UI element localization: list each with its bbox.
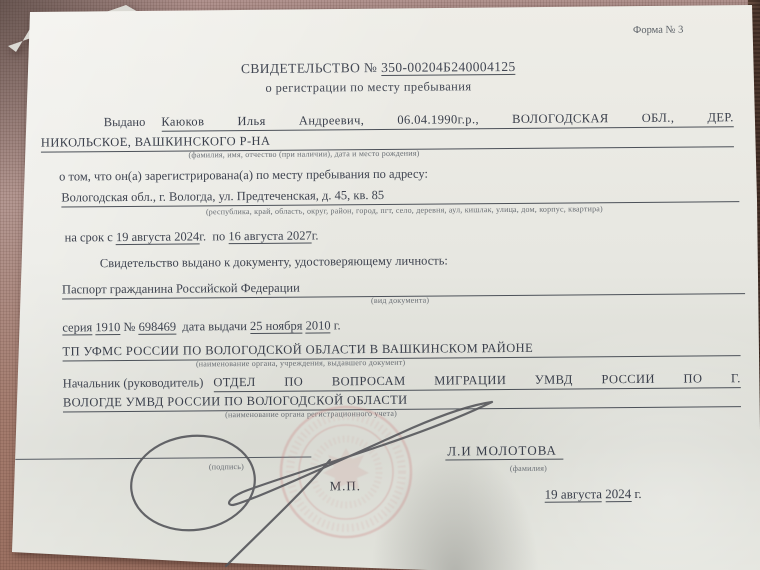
issue-label: дата выдачи [182,319,247,334]
issued-label: Выдано [104,115,146,132]
issue-year-value: 2010 [306,318,331,333]
bottom-date-suffix: г. [634,486,641,501]
registration-intro: о том, что он(а) зарегистрирована(а) по … [59,167,428,186]
issue-suffix: г. [334,318,341,332]
bottom-date-year: 2024 [605,486,631,502]
term-from: 19 августа 2024 [116,229,199,245]
series-value: 1910 [95,320,120,335]
document-intro: Свидетельство выдано к документу, удосто… [100,253,448,271]
term-to: 16 августа 2027 [228,229,311,245]
handwritten-signature [0,388,560,570]
title-prefix: СВИДЕТЕЛЬСТВО № [241,60,377,76]
term-from-suffix: г. [199,229,206,243]
certificate-title: СВИДЕТЕЛЬСТВО № 350-00204Б240004125 [78,58,678,79]
certificate-subtitle: о регистрации по месту пребывания [76,78,660,98]
term-mid: по [212,229,225,243]
issue-date-value: 25 ноября [250,319,303,334]
doc-number-value: 698469 [139,320,177,335]
term-to-suffix: г. [312,228,319,242]
series-label: серия [62,320,92,335]
doc-number-label: № [123,320,135,334]
document-type-caption: (вид документа) [250,295,550,306]
issued-line: Выдано Каюков Илья Андреевич, 06.04.1990… [61,110,734,132]
photo-of-certificate: Форма № 3 СВИДЕТЕЛЬСТВО № 350-00204Б2400… [0,0,760,570]
issued-value-line1: Каюков Илья Андреевич, 06.04.1990г.р., В… [161,110,734,131]
document-series-line: серия 1910 № 698469 дата выдачи 25 ноябр… [62,318,340,336]
form-number-label: Форма № 3 [633,24,728,36]
certificate-number: 350-00204Б240004125 [381,59,516,76]
term-prefix: на срок с [65,230,113,244]
term-line: на срок с 19 августа 2024г. по 16 август… [65,228,319,246]
